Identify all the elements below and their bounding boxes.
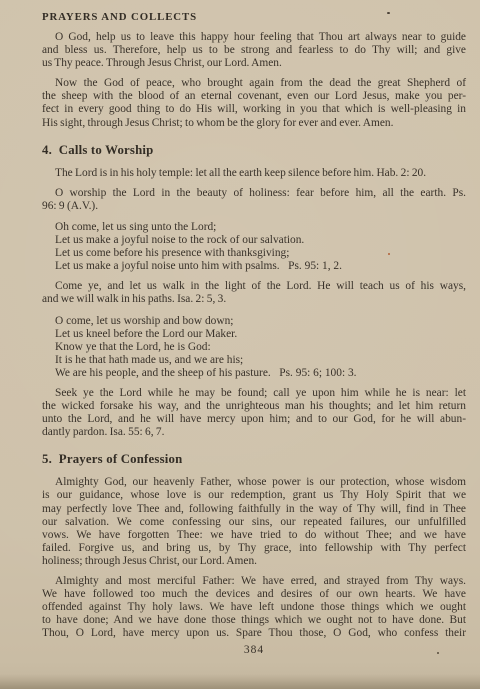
text-line: unto the Lord, and he will have mercy up…	[42, 413, 466, 426]
section-heading: 4. Calls to Worship	[42, 143, 466, 158]
text-line: and bless us. Therefore, help us to be s…	[42, 44, 466, 57]
text-line: Know ye that the Lord, he is God:	[55, 341, 466, 354]
text-line: O God, help us to leave this happy hour …	[42, 31, 466, 44]
text-line: us Thy peace. Through Jesus Christ, our …	[42, 57, 466, 70]
text-line: may perfectly love Thee and, following f…	[42, 503, 466, 516]
text-line: His sight, through Jesus Christ; to whom…	[42, 117, 466, 130]
text-line: Let us make a joyful noise unto him with…	[55, 260, 466, 273]
paragraph: Now the God of peace, who brought again …	[42, 77, 466, 129]
paragraph: Seek ye the Lord while he may be found; …	[42, 387, 466, 439]
running-header: PRAYERS AND COLLECTS	[42, 11, 466, 24]
text-line: to have done; And we have done those thi…	[42, 614, 466, 627]
text-line: the sheep with the blood of an eternal c…	[42, 90, 466, 103]
paragraph: O worship the Lord in the beauty of holi…	[42, 187, 466, 213]
verse-block: O come, let us worship and bow down;Let …	[42, 315, 466, 380]
text-line: failed. Forgive us, and bring us, by Thy…	[42, 542, 466, 555]
text-line: vows. We have forgotten Thee: we have tr…	[42, 529, 466, 542]
text-line: dantly pardon. Isa. 55: 6, 7.	[42, 426, 466, 439]
text-blocks: O God, help us to leave this happy hour …	[42, 31, 466, 640]
text-line: is our guidance, whose love is our redem…	[42, 489, 466, 502]
dust-speck	[388, 253, 390, 255]
paragraph: Almighty God, our heavenly Father, whose…	[42, 476, 466, 568]
paragraph: The Lord is in his holy temple: let all …	[42, 167, 466, 180]
text-line: Thou, O Lord, have mercy upon us. Spare …	[42, 627, 466, 640]
book-page: PRAYERS AND COLLECTS O God, help us to l…	[0, 0, 480, 689]
text-line: Now the God of peace, who brought again …	[42, 77, 466, 90]
text-line: fect in every good thing to do His will,…	[42, 103, 466, 116]
text-line: We are his people, and the sheep of his …	[55, 367, 466, 380]
text-line: offended against Thy holy laws. We have …	[42, 601, 466, 614]
text-line: Come ye, and let us walk in the light of…	[42, 280, 466, 293]
paragraph: O God, help us to leave this happy hour …	[42, 31, 466, 70]
text-line: Seek ye the Lord while he may be found; …	[42, 387, 466, 400]
dust-speck	[437, 652, 439, 654]
paragraph: Almighty and most merciful Father: We ha…	[42, 575, 466, 640]
text-line: 96: 9 (A.V.).	[42, 200, 466, 213]
text-line: Let us make a joyful noise to the rock o…	[55, 234, 466, 247]
text-line: We have followed too much the devices an…	[42, 588, 466, 601]
verse-block: Oh come, let us sing unto the Lord;Let u…	[42, 221, 466, 273]
dust-speck	[387, 12, 390, 14]
text-line: holiness; through Jesus Christ, our Lord…	[42, 555, 466, 568]
page-number: 384	[42, 644, 466, 656]
text-line: O come, let us worship and bow down;	[55, 315, 466, 328]
text-line: our salvation. We come confessing our si…	[42, 516, 466, 529]
text-line: Let us come before his presence with tha…	[55, 247, 466, 260]
text-line: Almighty and most merciful Father: We ha…	[42, 575, 466, 588]
paragraph: Come ye, and let us walk in the light of…	[42, 280, 466, 306]
text-line: and we will walk in his paths. Isa. 2: 5…	[42, 293, 466, 306]
text-line: Let us kneel before the Lord our Maker.	[55, 328, 466, 341]
text-line: Oh come, let us sing unto the Lord;	[55, 221, 466, 234]
page-content: PRAYERS AND COLLECTS O God, help us to l…	[42, 11, 466, 656]
text-line: the wicked forsake his way, and the unri…	[42, 400, 466, 413]
section-heading: 5. Prayers of Confession	[42, 452, 466, 467]
text-line: The Lord is in his holy temple: let all …	[42, 167, 466, 180]
page-edge-shadow	[0, 674, 480, 689]
text-line: O worship the Lord in the beauty of holi…	[42, 187, 466, 200]
text-line: Almighty God, our heavenly Father, whose…	[42, 476, 466, 489]
text-line: It is he that hath made us, and we are h…	[55, 354, 466, 367]
